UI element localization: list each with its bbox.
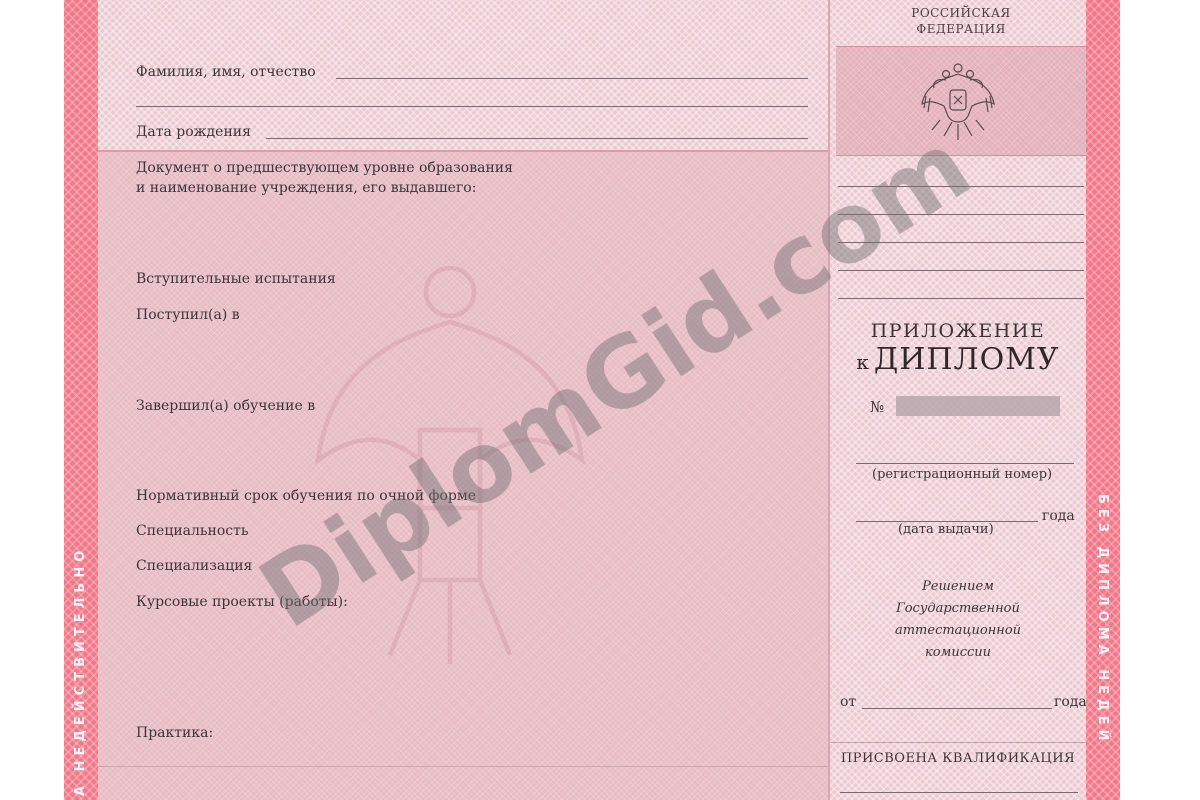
right-line-4[interactable] xyxy=(838,270,1084,271)
left-security-band: А НЕДЕЙСТВИТЕЛЬНО xyxy=(64,0,98,800)
country-line-2: ФЕДЕРАЦИЯ xyxy=(836,22,1086,36)
reg-number-line[interactable] xyxy=(856,463,1074,464)
right-security-band: БЕЗ ДИПЛОМА НЕДЕЙ xyxy=(1086,0,1120,800)
year-word-2: года xyxy=(1054,694,1087,710)
birth-date-line[interactable] xyxy=(266,138,808,139)
year-word-1: года xyxy=(1042,508,1075,524)
right-line-5[interactable] xyxy=(838,298,1084,299)
standard-term-label: Нормативный срок обучения по очной форме xyxy=(136,488,476,504)
right-line-2[interactable] xyxy=(838,214,1084,215)
course-projects-label: Курсовые проекты (работы): xyxy=(136,594,348,610)
title-preposition: к xyxy=(856,350,870,374)
title-diploma-word: ДИПЛОМУ xyxy=(874,342,1060,377)
practice-label: Практика: xyxy=(136,725,213,741)
fold-crease xyxy=(98,766,828,767)
commission-decision: Решением Государственной аттестационной … xyxy=(830,576,1086,664)
decision-line-3: аттестационной xyxy=(830,620,1086,642)
full-name-line-2[interactable] xyxy=(136,106,808,107)
prev-doc-label-2: и наименование учреждения, его выдавшего… xyxy=(136,180,476,196)
decision-line-2: Государственной xyxy=(830,598,1086,620)
qualification-label: ПРИСВОЕНА КВАЛИФИКАЦИЯ xyxy=(830,751,1086,766)
entrance-exams-label: Вступительные испытания xyxy=(136,271,336,287)
reg-number-caption: (регистрационный номер) xyxy=(872,467,1052,482)
column-divider xyxy=(828,0,830,800)
qualification-line[interactable] xyxy=(840,792,1078,793)
decision-line-4: комиссии xyxy=(830,642,1086,664)
issue-date-caption: (дата выдачи) xyxy=(898,522,994,537)
birth-date-label: Дата рождения xyxy=(136,124,251,140)
prev-doc-label-1: Документ о предшествующем уровне образов… xyxy=(136,160,513,176)
document-title-diploma: кДИПЛОМУ xyxy=(830,342,1086,377)
fold-crease-right xyxy=(830,742,1086,743)
enrolled-label: Поступил(а) в xyxy=(136,307,240,323)
section-divider xyxy=(98,150,828,152)
full-name-line[interactable] xyxy=(336,78,808,79)
completed-label: Завершил(а) обучение в xyxy=(136,398,315,414)
decision-line-1: Решением xyxy=(830,576,1086,598)
document-title-appendix: ПРИЛОЖЕНИЕ xyxy=(830,320,1086,342)
right-band-text: БЕЗ ДИПЛОМА НЕДЕЙ xyxy=(1095,494,1110,745)
specialty-label: Специальность xyxy=(136,523,249,539)
right-line-3[interactable] xyxy=(838,242,1084,243)
country-line-1: РОССИЙСКАЯ xyxy=(836,6,1086,20)
specialization-label: Специализация xyxy=(136,558,252,574)
right-line-1[interactable] xyxy=(838,186,1084,187)
double-headed-eagle-icon xyxy=(918,60,998,144)
number-sign: № xyxy=(870,398,884,416)
from-word: от xyxy=(840,694,856,710)
full-name-label: Фамилия, имя, отчество xyxy=(136,64,316,80)
redacted-number xyxy=(896,396,1060,416)
left-band-text: А НЕДЕЙСТВИТЕЛЬНО xyxy=(73,546,88,796)
decision-date-line[interactable] xyxy=(862,708,1052,709)
